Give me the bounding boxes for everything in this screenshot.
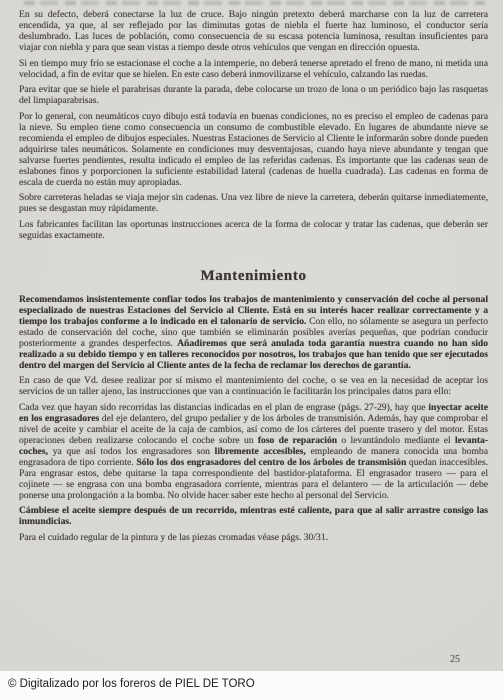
paragraph: En su defecto, deberá conectarse la luz … bbox=[19, 9, 488, 53]
text-segment: Cada vez que hayan sido recorridas las d… bbox=[19, 402, 428, 413]
paragraph: Los fabricantes facilitan las oportunas … bbox=[19, 219, 488, 241]
text-segment: Para evitar que se hiele el parabrisas d… bbox=[19, 84, 488, 106]
text-segment: o levantándolo mediante el bbox=[337, 435, 455, 446]
digitizer-footer-band: © Digitalizado por los foreros de PIEL D… bbox=[0, 671, 503, 700]
paragraph: Recomendamos insistentemente confiar tod… bbox=[19, 294, 488, 371]
text-segment: Si en tiempo muy frío se estacionase el … bbox=[19, 58, 488, 80]
paragraph: Cada vez que hayan sido recorridas las d… bbox=[19, 402, 488, 501]
text-segment: En su defecto, deberá conectarse la luz … bbox=[19, 9, 488, 53]
digitizer-credit: © Digitalizado por los foreros de PIEL D… bbox=[8, 678, 255, 690]
paragraph: Para evitar que se hiele el parabrisas d… bbox=[19, 84, 488, 106]
page-body: En su defecto, deberá conectarse la luz … bbox=[19, 9, 488, 547]
bold-text-segment: foso de reparación bbox=[258, 435, 337, 446]
paragraph: Por lo general, con neumáticos cuyo dibu… bbox=[19, 111, 488, 188]
paragraph: Cámbiese el aceite siempre después de un… bbox=[19, 505, 488, 527]
bold-text-segment: libremente accesibles, bbox=[215, 446, 306, 457]
bold-text-segment: Sólo los dos engrasadores del centro de … bbox=[136, 457, 406, 468]
paragraph: Sobre carreteras heladas se viaja mejor … bbox=[19, 192, 488, 214]
page-number: 25 bbox=[450, 654, 460, 665]
bold-text-segment: Cámbiese el aceite siempre después de un… bbox=[19, 505, 488, 527]
text-segment: Para el cuidado regular de la pintura y … bbox=[19, 532, 328, 543]
text-segment: Por lo general, con neumáticos cuyo dibu… bbox=[19, 111, 488, 188]
text-segment: Sobre carreteras heladas se viaja mejor … bbox=[19, 192, 488, 214]
cut-off-text-artifact bbox=[24, 1, 485, 5]
scanned-page: En su defecto, deberá conectarse la luz … bbox=[0, 0, 503, 700]
section-heading: Mantenimiento bbox=[19, 268, 488, 284]
text-segment: En caso de que Vd. desee realizar por sí… bbox=[19, 375, 488, 397]
text-segment: Los fabricantes facilitan las oportunas … bbox=[19, 219, 488, 241]
paragraph: En caso de que Vd. desee realizar por sí… bbox=[19, 375, 488, 397]
paragraph: Si en tiempo muy frío se estacionase el … bbox=[19, 58, 488, 80]
text-segment: ya que así todos los engrasadores son bbox=[48, 446, 215, 457]
paragraph: Para el cuidado regular de la pintura y … bbox=[19, 532, 488, 543]
